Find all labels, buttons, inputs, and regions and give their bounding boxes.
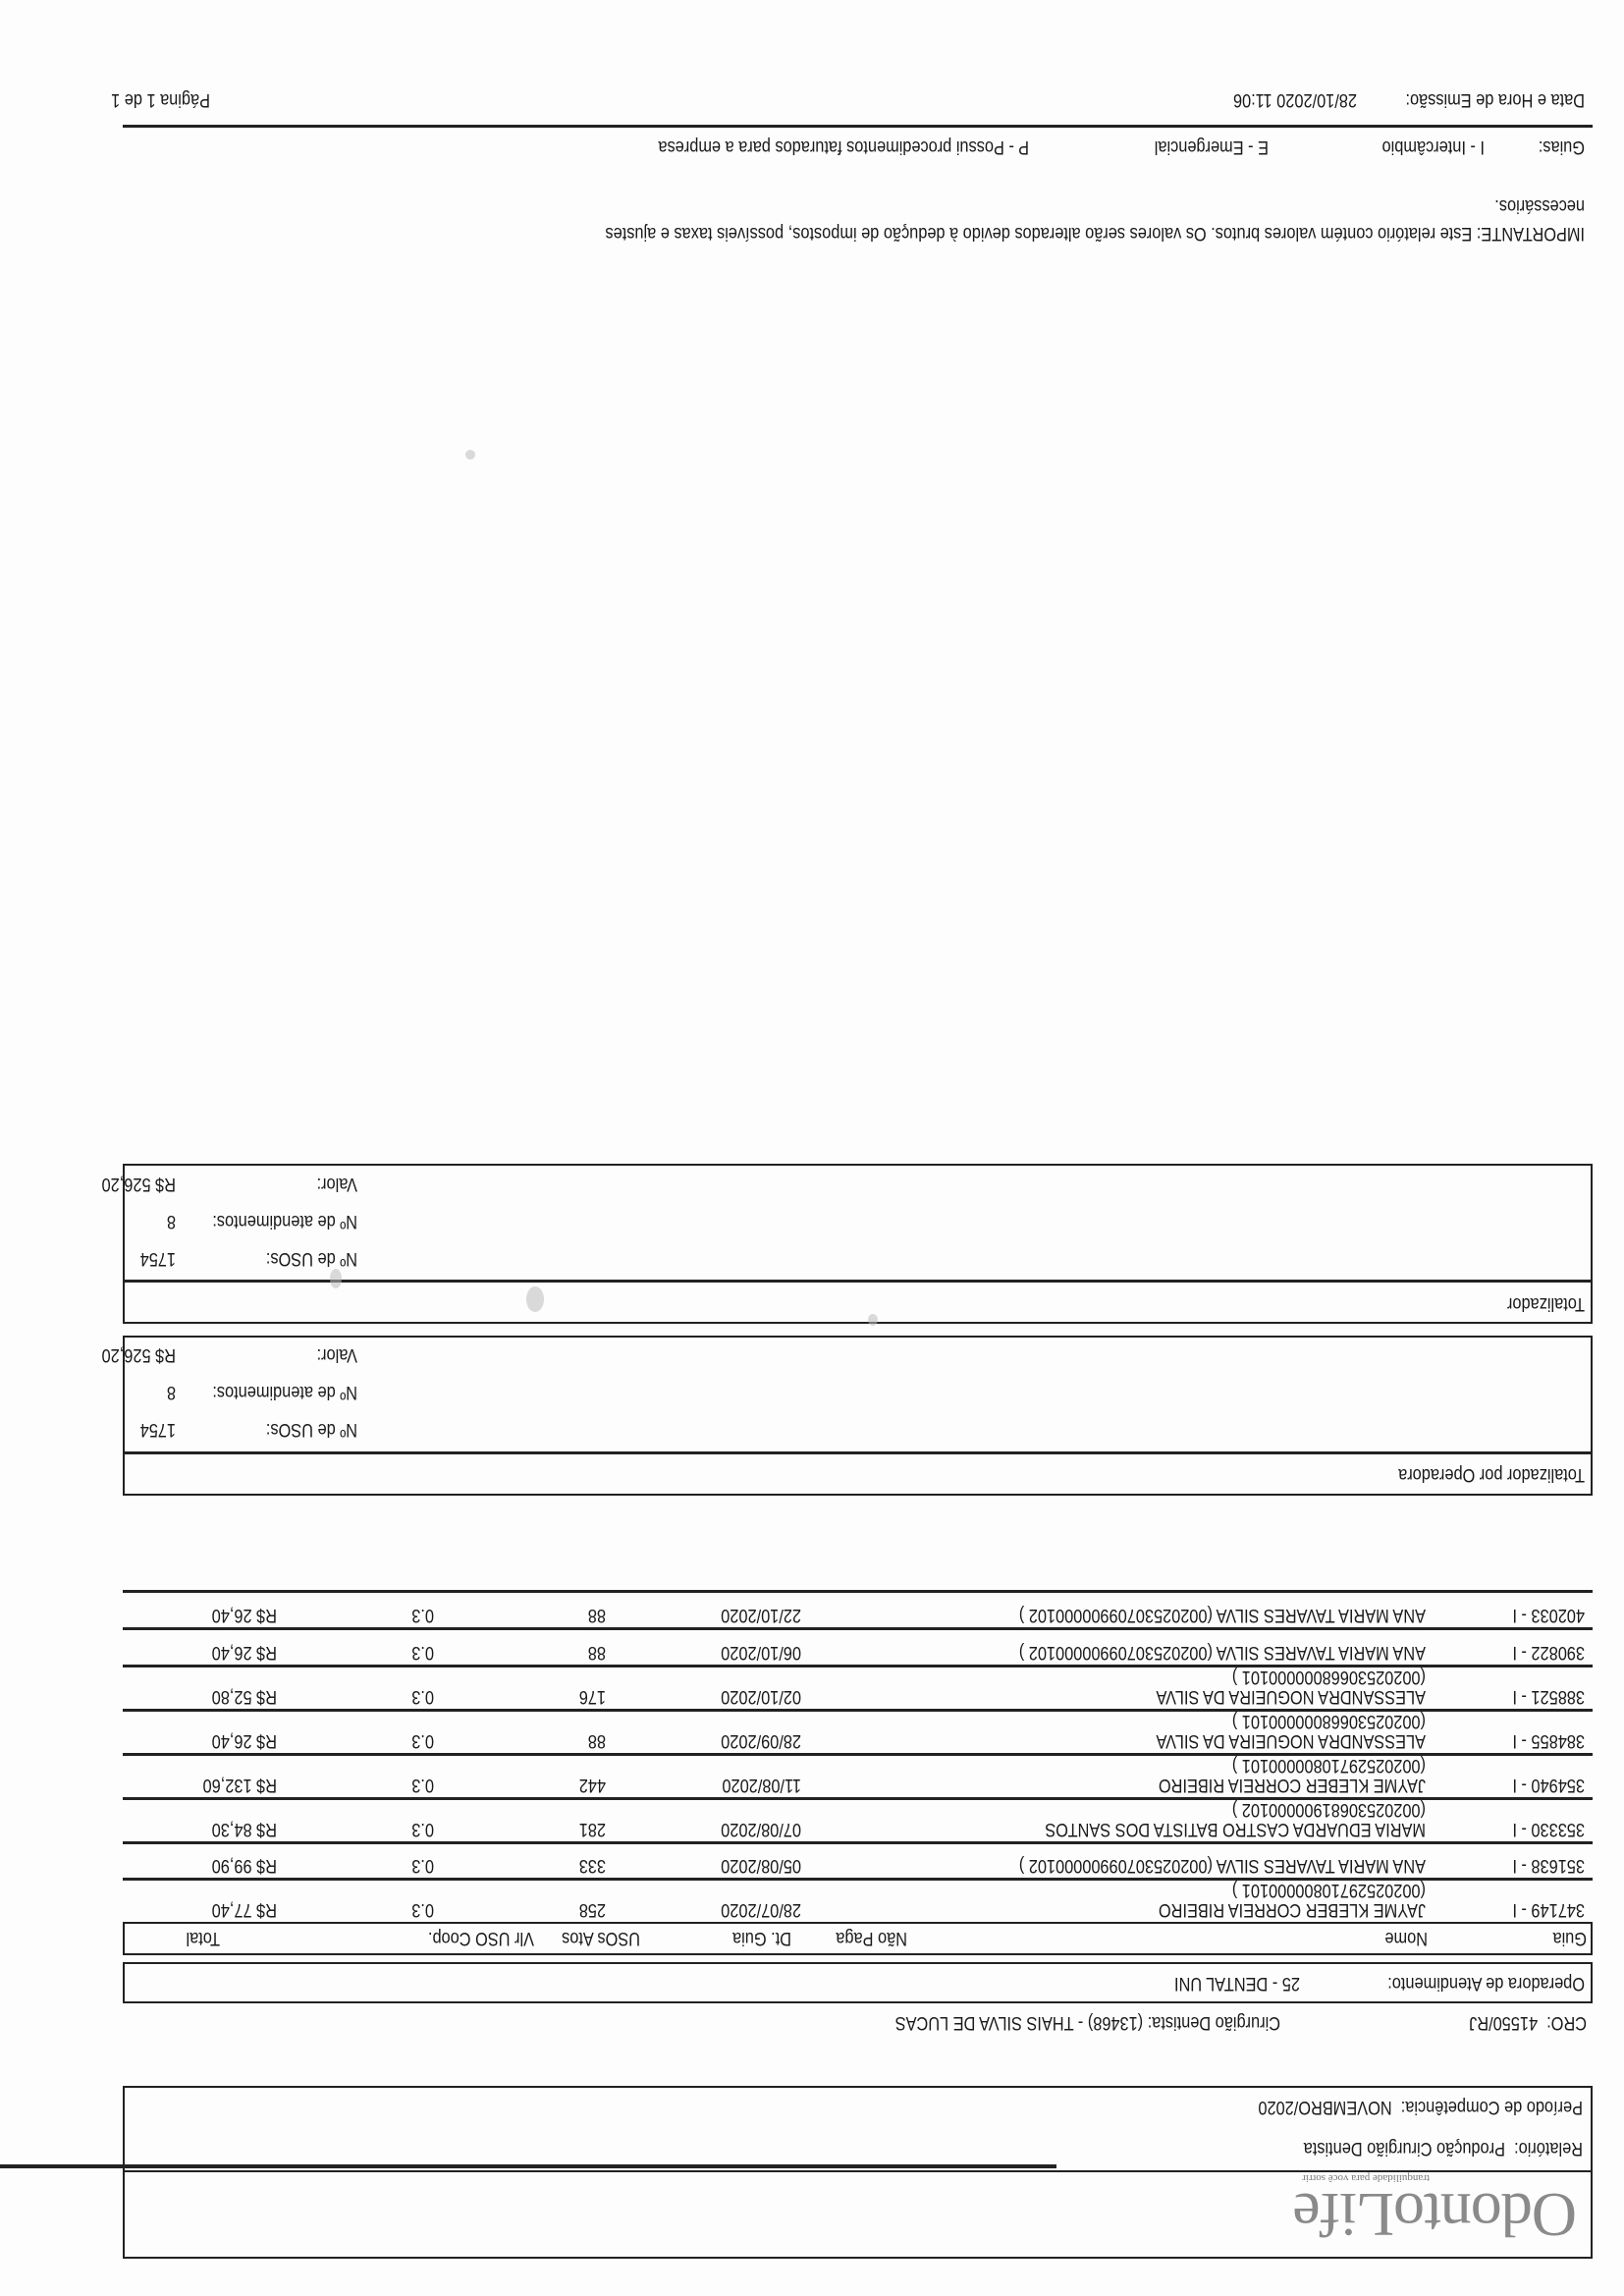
important-note-line2: necessários. (1494, 194, 1585, 216)
cro-value: 41550/RJ (1469, 2012, 1538, 2033)
totals-operator-usos-value: 1754 (140, 1418, 176, 1440)
row-vlr-uso: 0.3 (411, 1818, 434, 1839)
row-nome-2: (00202530668000000101 ) (1232, 1666, 1426, 1687)
table-row: 388521 - IALESSANDRA NOGUEIRA DA SILVA(0… (123, 1665, 1593, 1709)
totals-valor-label: Valor: (317, 1173, 357, 1194)
report-title: Relatório: Produção Cirurgião Dentista (1304, 2137, 1583, 2159)
report-label: Relatório: (1514, 2138, 1583, 2159)
row-dt-guia: 02/10/2020 (721, 1685, 801, 1707)
row-nome: JAYME KLEBER CORREIA RIBEIRO (1159, 1774, 1426, 1795)
row-guia: 384855 - I (1512, 1729, 1585, 1751)
report-value: Produção Cirurgião Dentista (1304, 2138, 1505, 2159)
scan-speck (330, 1269, 342, 1288)
row-guia: 354940 - I (1512, 1774, 1585, 1795)
guias-empresa: P - Possui procedimentos faturados para … (658, 136, 1029, 157)
table-row: 353330 - IMARIA EDUARDA CASTRO BATISTA D… (123, 1797, 1593, 1841)
logo-text: OdontoLife (1293, 2178, 1577, 2251)
row-dt-guia: 28/09/2020 (721, 1729, 801, 1751)
row-usos: 442 (579, 1774, 606, 1795)
page-number: Página 1 de 1 (111, 88, 210, 110)
row-vlr-uso: 0.3 (411, 1898, 434, 1920)
cro: CRO: 41550/RJ (1469, 2011, 1587, 2033)
row-nome-2: (00202529710800000101 ) (1232, 1879, 1426, 1900)
col-guia: Guia (1552, 1927, 1587, 1948)
dentist: Cirurgião Dentista: (13468) - THAIS SILV… (895, 2011, 1280, 2033)
row-nome: ALESSANDRA NOGUEIRA DA SILVA (1156, 1685, 1426, 1707)
row-nome-2: (00202529710800000101 ) (1232, 1754, 1426, 1776)
totals-operator-atend-label: Nº de atendimentos: (212, 1381, 357, 1402)
totals-operator-title-box (123, 1452, 1593, 1496)
row-nome: JAYME KLEBER CORREIA RIBEIRO (1159, 1898, 1426, 1920)
totals-title-box (123, 1281, 1593, 1324)
guias-emergencial: E - Emergencial (1155, 136, 1269, 157)
col-nao-paga: Não Paga (836, 1927, 907, 1948)
row-usos: 333 (579, 1854, 606, 1876)
table-row: 351638 - IANA MARIA TAVARES SILVA (00202… (123, 1841, 1593, 1878)
row-nome: ALESSANDRA NOGUEIRA DA SILVA (1156, 1729, 1426, 1751)
operator-value: 25 - DENTAL UNI (1174, 1972, 1300, 1994)
row-dt-guia: 06/10/2020 (721, 1641, 801, 1663)
row-usos: 281 (579, 1818, 606, 1839)
cro-label: CRO: (1546, 2012, 1587, 2033)
col-vlr-uso: Vlr USO Coop. (428, 1927, 534, 1948)
guias-label: Guias: (1539, 136, 1585, 157)
row-guia: 351638 - I (1512, 1854, 1585, 1876)
dentist-value: (13468) - THAIS SILVA DE LUCAS (895, 2012, 1143, 2033)
row-total: R$ 77,40 (212, 1898, 277, 1920)
row-guia: 388521 - I (1512, 1685, 1585, 1707)
row-vlr-uso: 0.3 (411, 1729, 434, 1751)
row-nome-2: (00202530681900000102 ) (1232, 1798, 1426, 1820)
row-total: R$ 99,90 (212, 1854, 277, 1876)
row-nome: MARIA EDUARDA CASTRO BATISTA DOS SANTOS (1045, 1818, 1426, 1839)
operator-label: Operadora de Atendimento: (1387, 1972, 1585, 1994)
row-total: R$ 26,40 (212, 1604, 277, 1625)
row-total: R$ 26,40 (212, 1641, 277, 1663)
emission-label: Data e Hora de Emissão: (1405, 88, 1585, 110)
row-nome: ANA MARIA TAVARES SILVA (002025307099000… (1019, 1641, 1426, 1663)
row-nome-2: (00202530668000000101 ) (1232, 1710, 1426, 1731)
totals-title: Totalizador (1507, 1292, 1585, 1314)
period-value: NOVEMBRO/2020 (1258, 2097, 1391, 2117)
row-dt-guia: 11/08/2020 (722, 1774, 801, 1795)
emission-value: 28/10/2020 11:06 (1233, 88, 1357, 110)
totals-atend-label: Nº de atendimentos: (212, 1210, 357, 1231)
row-usos: 258 (579, 1898, 606, 1920)
row-guia: 353330 - I (1512, 1818, 1585, 1839)
totals-atend-value: 8 (167, 1210, 176, 1231)
table-row: 402033 - IANA MARIA TAVARES SILVA (00202… (123, 1590, 1593, 1627)
row-vlr-uso: 0.3 (411, 1774, 434, 1795)
totals-operator-title: Totalizador por Operadora (1398, 1463, 1585, 1485)
row-nome: ANA MARIA TAVARES SILVA (002025307099000… (1019, 1604, 1426, 1625)
row-total: R$ 52,80 (212, 1685, 277, 1707)
totals-usos-label: Nº de USOs: (266, 1247, 357, 1269)
scan-speck (526, 1286, 544, 1312)
totals-operator-valor-label: Valor: (317, 1343, 357, 1365)
totals-usos-value: 1754 (140, 1247, 176, 1269)
operator-box (123, 1962, 1593, 2003)
row-nome: ANA MARIA TAVARES SILVA (002025307099000… (1019, 1854, 1426, 1876)
logo-tagline: tranquilidade para você sorrir (1293, 2172, 1430, 2184)
totals-operator-atend-value: 8 (167, 1381, 176, 1402)
row-total: R$ 26,40 (212, 1729, 277, 1751)
row-guia: 402033 - I (1512, 1604, 1585, 1625)
row-total: R$ 84,30 (212, 1818, 277, 1839)
totals-valor-value: R$ 526,20 (102, 1173, 176, 1194)
brand-logo: OdontoLife tranquilidade para você sorri… (1293, 2172, 1577, 2251)
col-dt-guia: Dt. Guia (732, 1927, 791, 1948)
table-row: 354940 - IJAYME KLEBER CORREIA RIBEIRO(0… (123, 1753, 1593, 1797)
dentist-label: Cirurgião Dentista: (1148, 2012, 1280, 2033)
table-row: 347149 - IJAYME KLEBER CORREIA RIBEIRO(0… (123, 1878, 1593, 1922)
competence-period: Período de Competência: NOVEMBRO/2020 (1258, 2096, 1583, 2117)
row-dt-guia: 07/08/2020 (721, 1818, 801, 1839)
report-page: OdontoLife tranquilidade para você sorri… (0, 0, 1624, 2296)
row-usos: 176 (579, 1685, 606, 1707)
col-usos-atos: USOs Atos (562, 1927, 640, 1948)
row-dt-guia: 22/10/2020 (721, 1604, 801, 1625)
col-total: Total (186, 1927, 220, 1948)
row-usos: 88 (588, 1604, 606, 1625)
guias-intercambio: I - Intercâmbio (1382, 136, 1485, 157)
row-vlr-uso: 0.3 (411, 1604, 434, 1625)
row-dt-guia: 05/08/2020 (721, 1854, 801, 1876)
row-vlr-uso: 0.3 (411, 1685, 434, 1707)
row-guia: 347149 - I (1512, 1898, 1585, 1920)
scan-speck (868, 1314, 878, 1326)
row-usos: 88 (588, 1729, 606, 1751)
row-vlr-uso: 0.3 (411, 1641, 434, 1663)
totals-operator-usos-label: Nº de USOs: (266, 1418, 357, 1440)
row-guia: 390822 - I (1512, 1641, 1585, 1663)
scan-speck (465, 450, 475, 460)
row-vlr-uso: 0.3 (411, 1854, 434, 1876)
row-total: R$ 132,60 (203, 1774, 277, 1795)
table-row: 384855 - IALESSANDRA NOGUEIRA DA SILVA(0… (123, 1709, 1593, 1753)
table-row: 390822 - IANA MARIA TAVARES SILVA (00202… (123, 1627, 1593, 1665)
important-note-line1: IMPORTANTE: Este relatório contém valore… (605, 222, 1585, 244)
row-usos: 88 (588, 1641, 606, 1663)
totals-operator-valor-value: R$ 526,20 (102, 1343, 176, 1365)
row-dt-guia: 28/07/2020 (721, 1898, 801, 1920)
period-label: Período de Competência: (1401, 2097, 1583, 2117)
footer-divider (123, 125, 1593, 128)
col-nome: Nome (1384, 1927, 1428, 1948)
